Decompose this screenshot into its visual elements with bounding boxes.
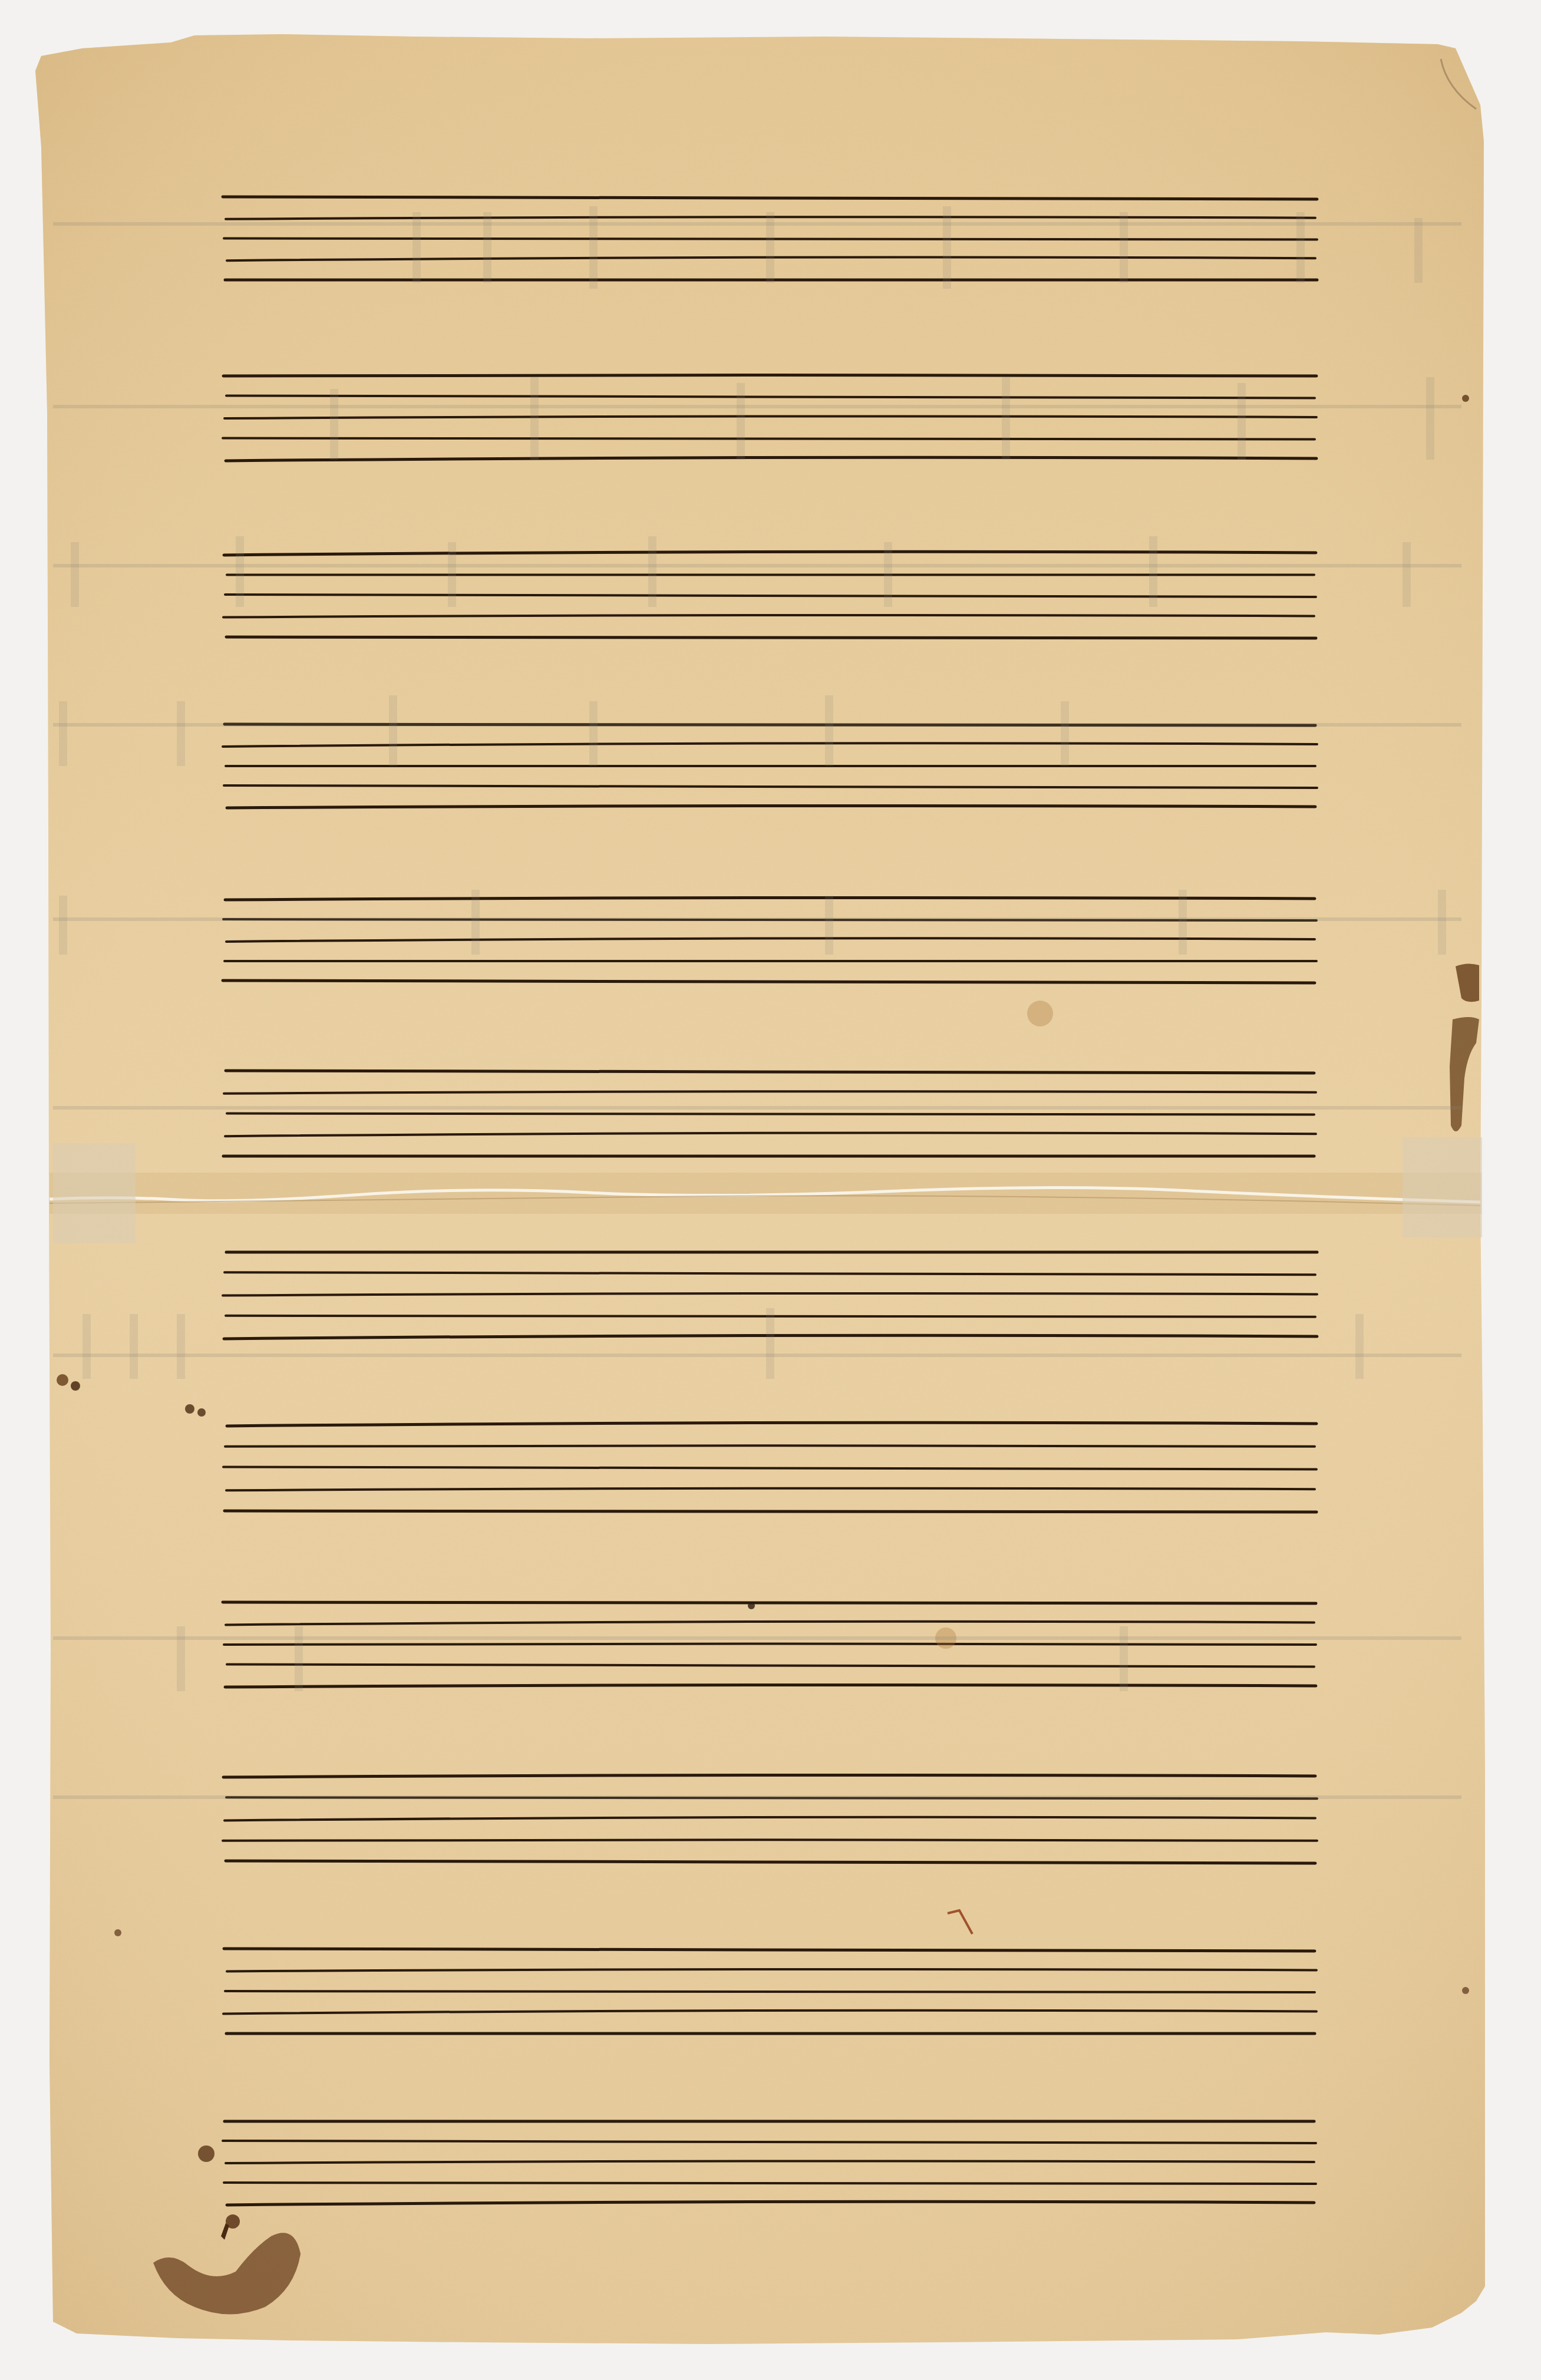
manuscript-page: ​	[0, 0, 1541, 2380]
staff-line	[223, 1840, 1317, 1841]
paper-sheet	[0, 0, 1541, 2380]
staff-line	[225, 960, 1316, 962]
staff-line	[226, 2033, 1315, 2034]
staff-line	[223, 438, 1315, 440]
staff-line	[225, 1991, 1315, 1992]
staff-line	[223, 1602, 1316, 1603]
staff-line	[226, 637, 1316, 638]
staff-line	[225, 1445, 1315, 1447]
staff-line	[225, 1511, 1316, 1512]
staff-line	[225, 2121, 1314, 2122]
staff-line	[223, 1156, 1314, 1157]
staff-line	[224, 2183, 1316, 2184]
staff-line	[224, 1644, 1316, 1645]
staff-line	[223, 375, 1316, 377]
staff-line	[226, 1252, 1317, 1253]
staff-line	[227, 1114, 1314, 1115]
